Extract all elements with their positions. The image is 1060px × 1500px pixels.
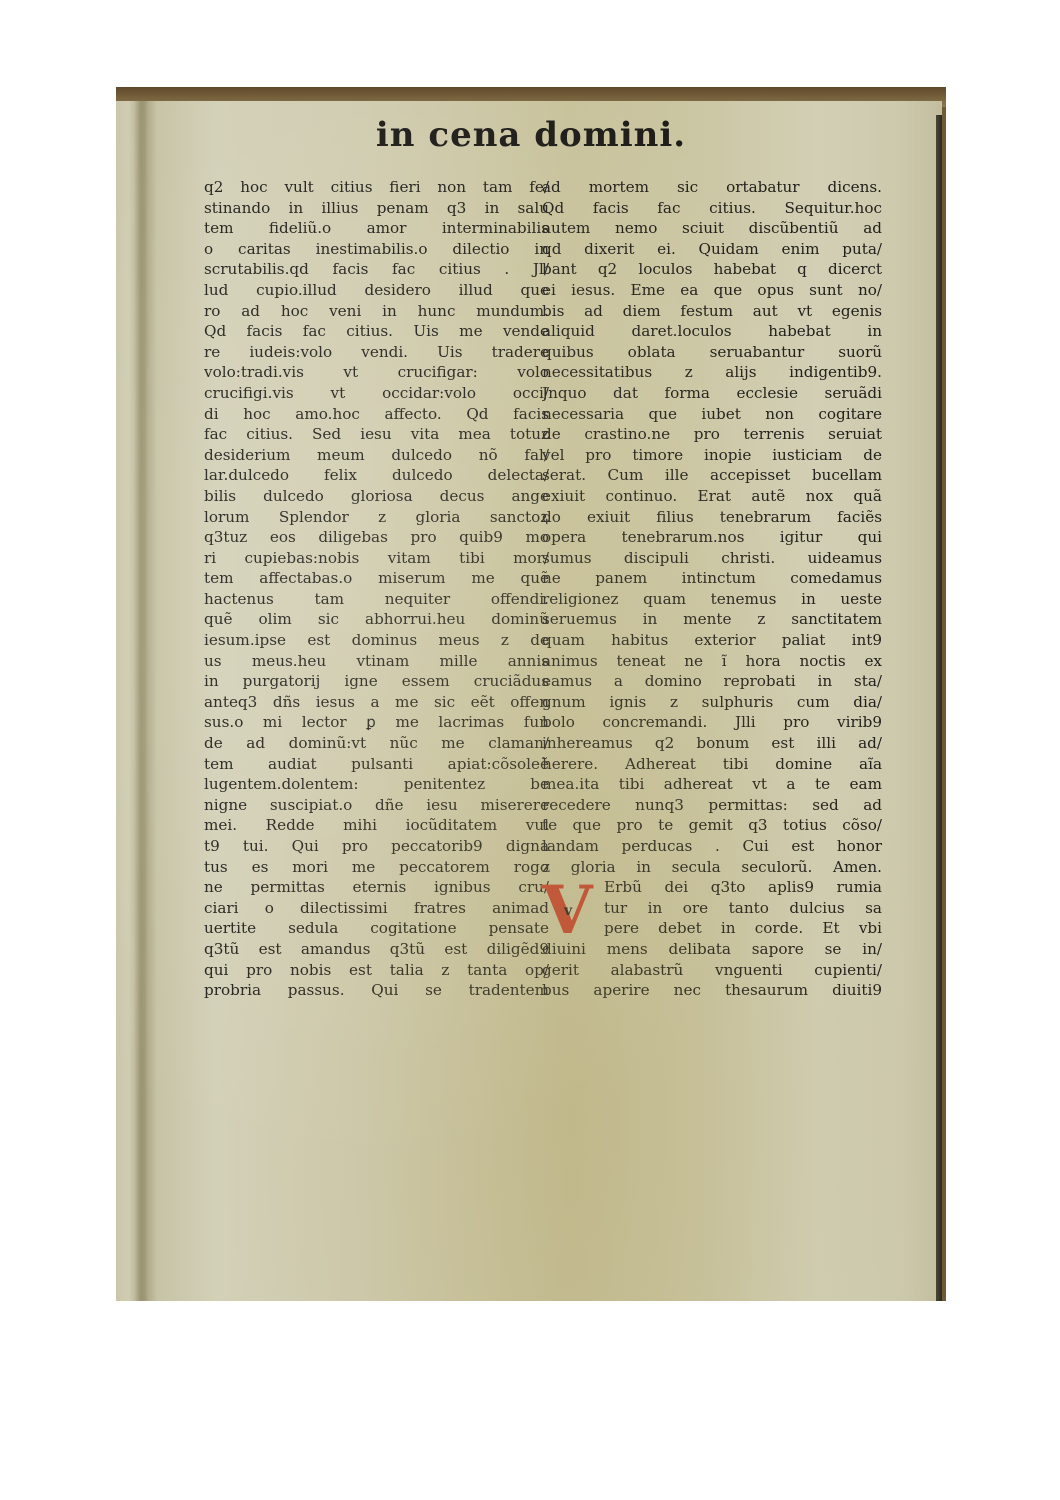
text-line: Jnquo dat forma ecclesie seruãdi (542, 383, 882, 404)
text-line: re iudeis:volo vendi. Uis tradere (204, 342, 549, 363)
text-line: ei iesus. Eme ea que opus sunt no/ (542, 280, 882, 301)
right-text-column: ad mortem sic ortabatur dicens.Qd facis … (542, 177, 882, 1001)
text-line: exiuit continuo. Erat autẽ nox quã (542, 486, 882, 507)
text-line: bis ad diem festum aut vt egenis (542, 301, 882, 322)
text-line: gerit alabastrũ vnguenti cupienti/ (542, 960, 882, 981)
text-line: vel pro timore inopie iusticiam de (542, 445, 882, 466)
page-photograph: in cena domini. q2 hoc vult citius fieri… (116, 87, 946, 1301)
text-line: religionez quam tenemus in ueste (542, 589, 882, 610)
text-line: q3tuz eos diligebas pro quib9 mo (204, 527, 549, 548)
text-line: sumus discipuli christi. uideamus (542, 548, 882, 569)
text-line: qd dixerit ei. Quidam enim puta/ (542, 239, 882, 260)
text-line: de crastino.ne pro terrenis seruiat (542, 424, 882, 445)
printed-leaf: in cena domini. q2 hoc vult citius fieri… (116, 101, 942, 1301)
text-line: t9 tui. Qui pro peccatorib9 digna (204, 836, 549, 857)
text-line: eamus a domino reprobati in sta/ (542, 671, 882, 692)
text-line: ne permittas eternis ignibus cru/ (204, 877, 549, 898)
text-line: inhereamus q2 bonum est illi ad/ (542, 733, 882, 754)
text-line: lud cupio.illud desidero illud que (204, 280, 549, 301)
text-line: o caritas inestimabilis.o dilectio in (204, 239, 549, 260)
text-line: bolo concremandi. Jlli pro virib9 (542, 712, 882, 733)
text-line: scrutabilis.qd facis fac citius . Jl/ (204, 259, 549, 280)
initial-paragraph: VvErbũ dei q3to aplis9 rumiatur in ore t… (542, 877, 882, 1001)
text-line: tem fideliũ.o amor interminabilis (204, 218, 549, 239)
text-line: opera tenebrarum.nos igitur qui (542, 527, 882, 548)
text-line: qui pro nobis est talia z tanta op/ (204, 960, 549, 981)
text-line: lorum Splendor z gloria sanctoꝝ (204, 507, 549, 528)
text-line: recedere nunq3 permittas: sed ad (542, 795, 882, 816)
left-text-column: q2 hoc vult citius fieri non tam fe/stin… (204, 177, 549, 1001)
text-line: ne panem intinctum comedamus (542, 568, 882, 589)
text-line: bus aperire nec thesaurum diuiti9 (542, 980, 882, 1001)
gutter-shadow (134, 101, 148, 1301)
text-line: stinando in illius penam q3 in salu (204, 198, 549, 219)
text-line: aliquid daret.loculos habebat in (542, 321, 882, 342)
text-line: quẽ olim sic abhorrui.heu dominũ (204, 609, 549, 630)
text-line: di hoc amo.hoc affecto. Qd facis (204, 404, 549, 425)
text-line: do exiuit filius tenebrarum faciẽs (542, 507, 882, 528)
text-line: crucifigi.vis vt occidar:volo occi/ (204, 383, 549, 404)
text-line: quibus oblata seruabantur suorũ (542, 342, 882, 363)
text-line: probria passus. Qui se tradentem (204, 980, 549, 1001)
text-line: de ad dominũ:vt nũc me claman/ (204, 733, 549, 754)
text-line: lugentem.dolentem: penitentez be (204, 774, 549, 795)
text-line: herere. Adhereat tibi domine aĩa (542, 754, 882, 775)
text-line: uertite sedula cogitatione pensate (204, 918, 549, 939)
text-line: necessitatibus z alijs indigentib9. (542, 362, 882, 383)
text-line: mea.ita tibi adhereat vt a te eam (542, 774, 882, 795)
text-line: diuini mens delibata sapore se in/ (542, 939, 882, 960)
text-line: te que pro te gemit q3 totius cõso/ (542, 815, 882, 836)
text-line: quam habitus exterior paliat int9 (542, 630, 882, 651)
text-line: desiderium meum dulcedo nõ fal/ (204, 445, 549, 466)
text-line: q2 hoc vult citius fieri non tam fe/ (204, 177, 549, 198)
text-line: ad mortem sic ortabatur dicens. (542, 177, 882, 198)
text-line: lar.dulcedo felix dulcedo delecta/ (204, 465, 549, 486)
text-line: bant q2 loculos habebat q dicerct (542, 259, 882, 280)
text-line: bilis dulcedo gloriosa decus ange (204, 486, 549, 507)
text-line: ri cupiebas:nobis vitam tibi mor/ (204, 548, 549, 569)
text-line: mei. Redde mihi iocũditatem vul (204, 815, 549, 836)
text-line: tem audiat pulsanti apiat:cõsoleẽ (204, 754, 549, 775)
text-line: autem nemo sciuit discũbentiũ ad (542, 218, 882, 239)
text-line: animus teneat ne ĩ hora noctis ex (542, 651, 882, 672)
text-line: Qd facis fac citius. Uis me vende (204, 321, 549, 342)
text-line: Qd facis fac citius. Sequitur.hoc (542, 198, 882, 219)
text-line: landam perducas . Cui est honor (542, 836, 882, 857)
text-line: z gloria in secula seculorũ. Amen. (542, 857, 882, 878)
text-line: q3tũ est amandus q3tũ est diligẽd9 (204, 939, 549, 960)
text-line: sus.o mi lector ꝑ me lacrimas fun (204, 712, 549, 733)
text-line: necessaria que iubet non cogitare (542, 404, 882, 425)
text-line: us meus.heu vtinam mille annis (204, 651, 549, 672)
text-line: ro ad hoc veni in hunc mundum. (204, 301, 549, 322)
text-line: in purgatorij igne essem cruciãdus (204, 671, 549, 692)
text-line: iesum.ipse est dominus meus z de (204, 630, 549, 651)
leaf-right-edge (936, 115, 942, 1301)
text-line: fac citius. Sed iesu vita mea totuz (204, 424, 549, 445)
running-head: in cena domini. (116, 115, 946, 155)
text-line: hactenus tam nequiter offendi. (204, 589, 549, 610)
text-line: volo:tradi.vis vt crucifigar: volo (204, 362, 549, 383)
text-line: tus es mori me peccatorem rogo (204, 857, 549, 878)
text-line: serat. Cum ille accepisset bucellam (542, 465, 882, 486)
text-line: seruemus in mente z sanctitatem (542, 609, 882, 630)
text-line: nigne suscipiat.o dñe iesu miserere (204, 795, 549, 816)
text-line: ciari o dilectissimi fratres animad (204, 898, 549, 919)
guide-letter: v (564, 901, 572, 922)
text-line: tem affectabas.o miserum me quẽ (204, 568, 549, 589)
text-line: anteq3 dñs iesus a me sic eẽt offen (204, 692, 549, 713)
text-line: gnum ignis z sulphuris cum dia/ (542, 692, 882, 713)
